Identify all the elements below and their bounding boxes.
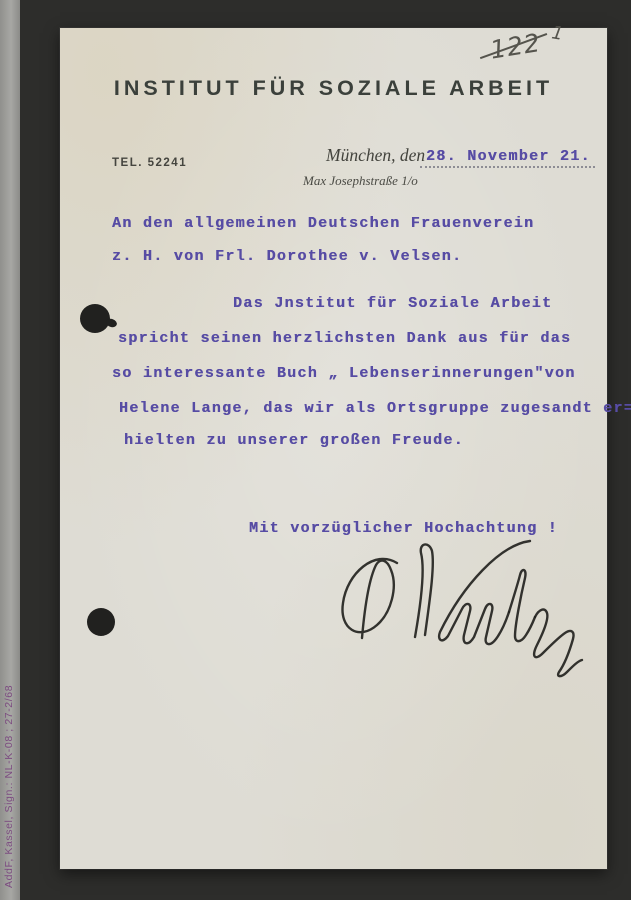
letterhead-place-date-label: München, den — [326, 145, 425, 166]
body-line: so interessante Buch „ Lebenserinnerunge… — [112, 365, 576, 382]
recipient-line-1: An den allgemeinen Deutschen Frauenverei… — [112, 215, 534, 232]
punch-hole-top — [80, 304, 110, 333]
letterhead-phone: TEL. 52241 — [112, 157, 187, 169]
body-line: hielten zu unserer großen Freude. — [124, 432, 464, 449]
typed-date: 28. November 21. — [420, 148, 595, 168]
recipient-line-2: z. H. von Frl. Dorothee v. Velsen. — [112, 248, 462, 265]
signature-handwriting — [325, 533, 615, 708]
archive-film-strip: AddF, Kassel, Sign.: NL-K-08 ; 27-2/68 — [0, 0, 20, 900]
archive-signature-label: AddF, Kassel, Sign.: NL-K-08 ; 27-2/68 — [3, 685, 15, 888]
pencil-annotation: 122 1 — [488, 24, 566, 64]
punch-hole-bottom — [87, 608, 115, 636]
body-line: spricht seinen herzlichsten Dank aus für… — [118, 330, 571, 347]
letterhead-street-address: Max Josephstraße 1/o — [303, 173, 418, 189]
pencil-new-number: 1 — [550, 22, 565, 45]
body-line: Helene Lange, das wir als Ortsgruppe zug… — [119, 400, 631, 417]
letterhead-title: INSTITUT FÜR SOZIALE ARBEIT — [60, 76, 607, 101]
pencil-crossed-number: 122 — [488, 28, 543, 65]
body-line: Das Jnstitut für Soziale Arbeit — [233, 295, 552, 312]
letter-page: 122 1 INSTITUT FÜR SOZIALE ARBEIT TEL. 5… — [60, 28, 607, 869]
